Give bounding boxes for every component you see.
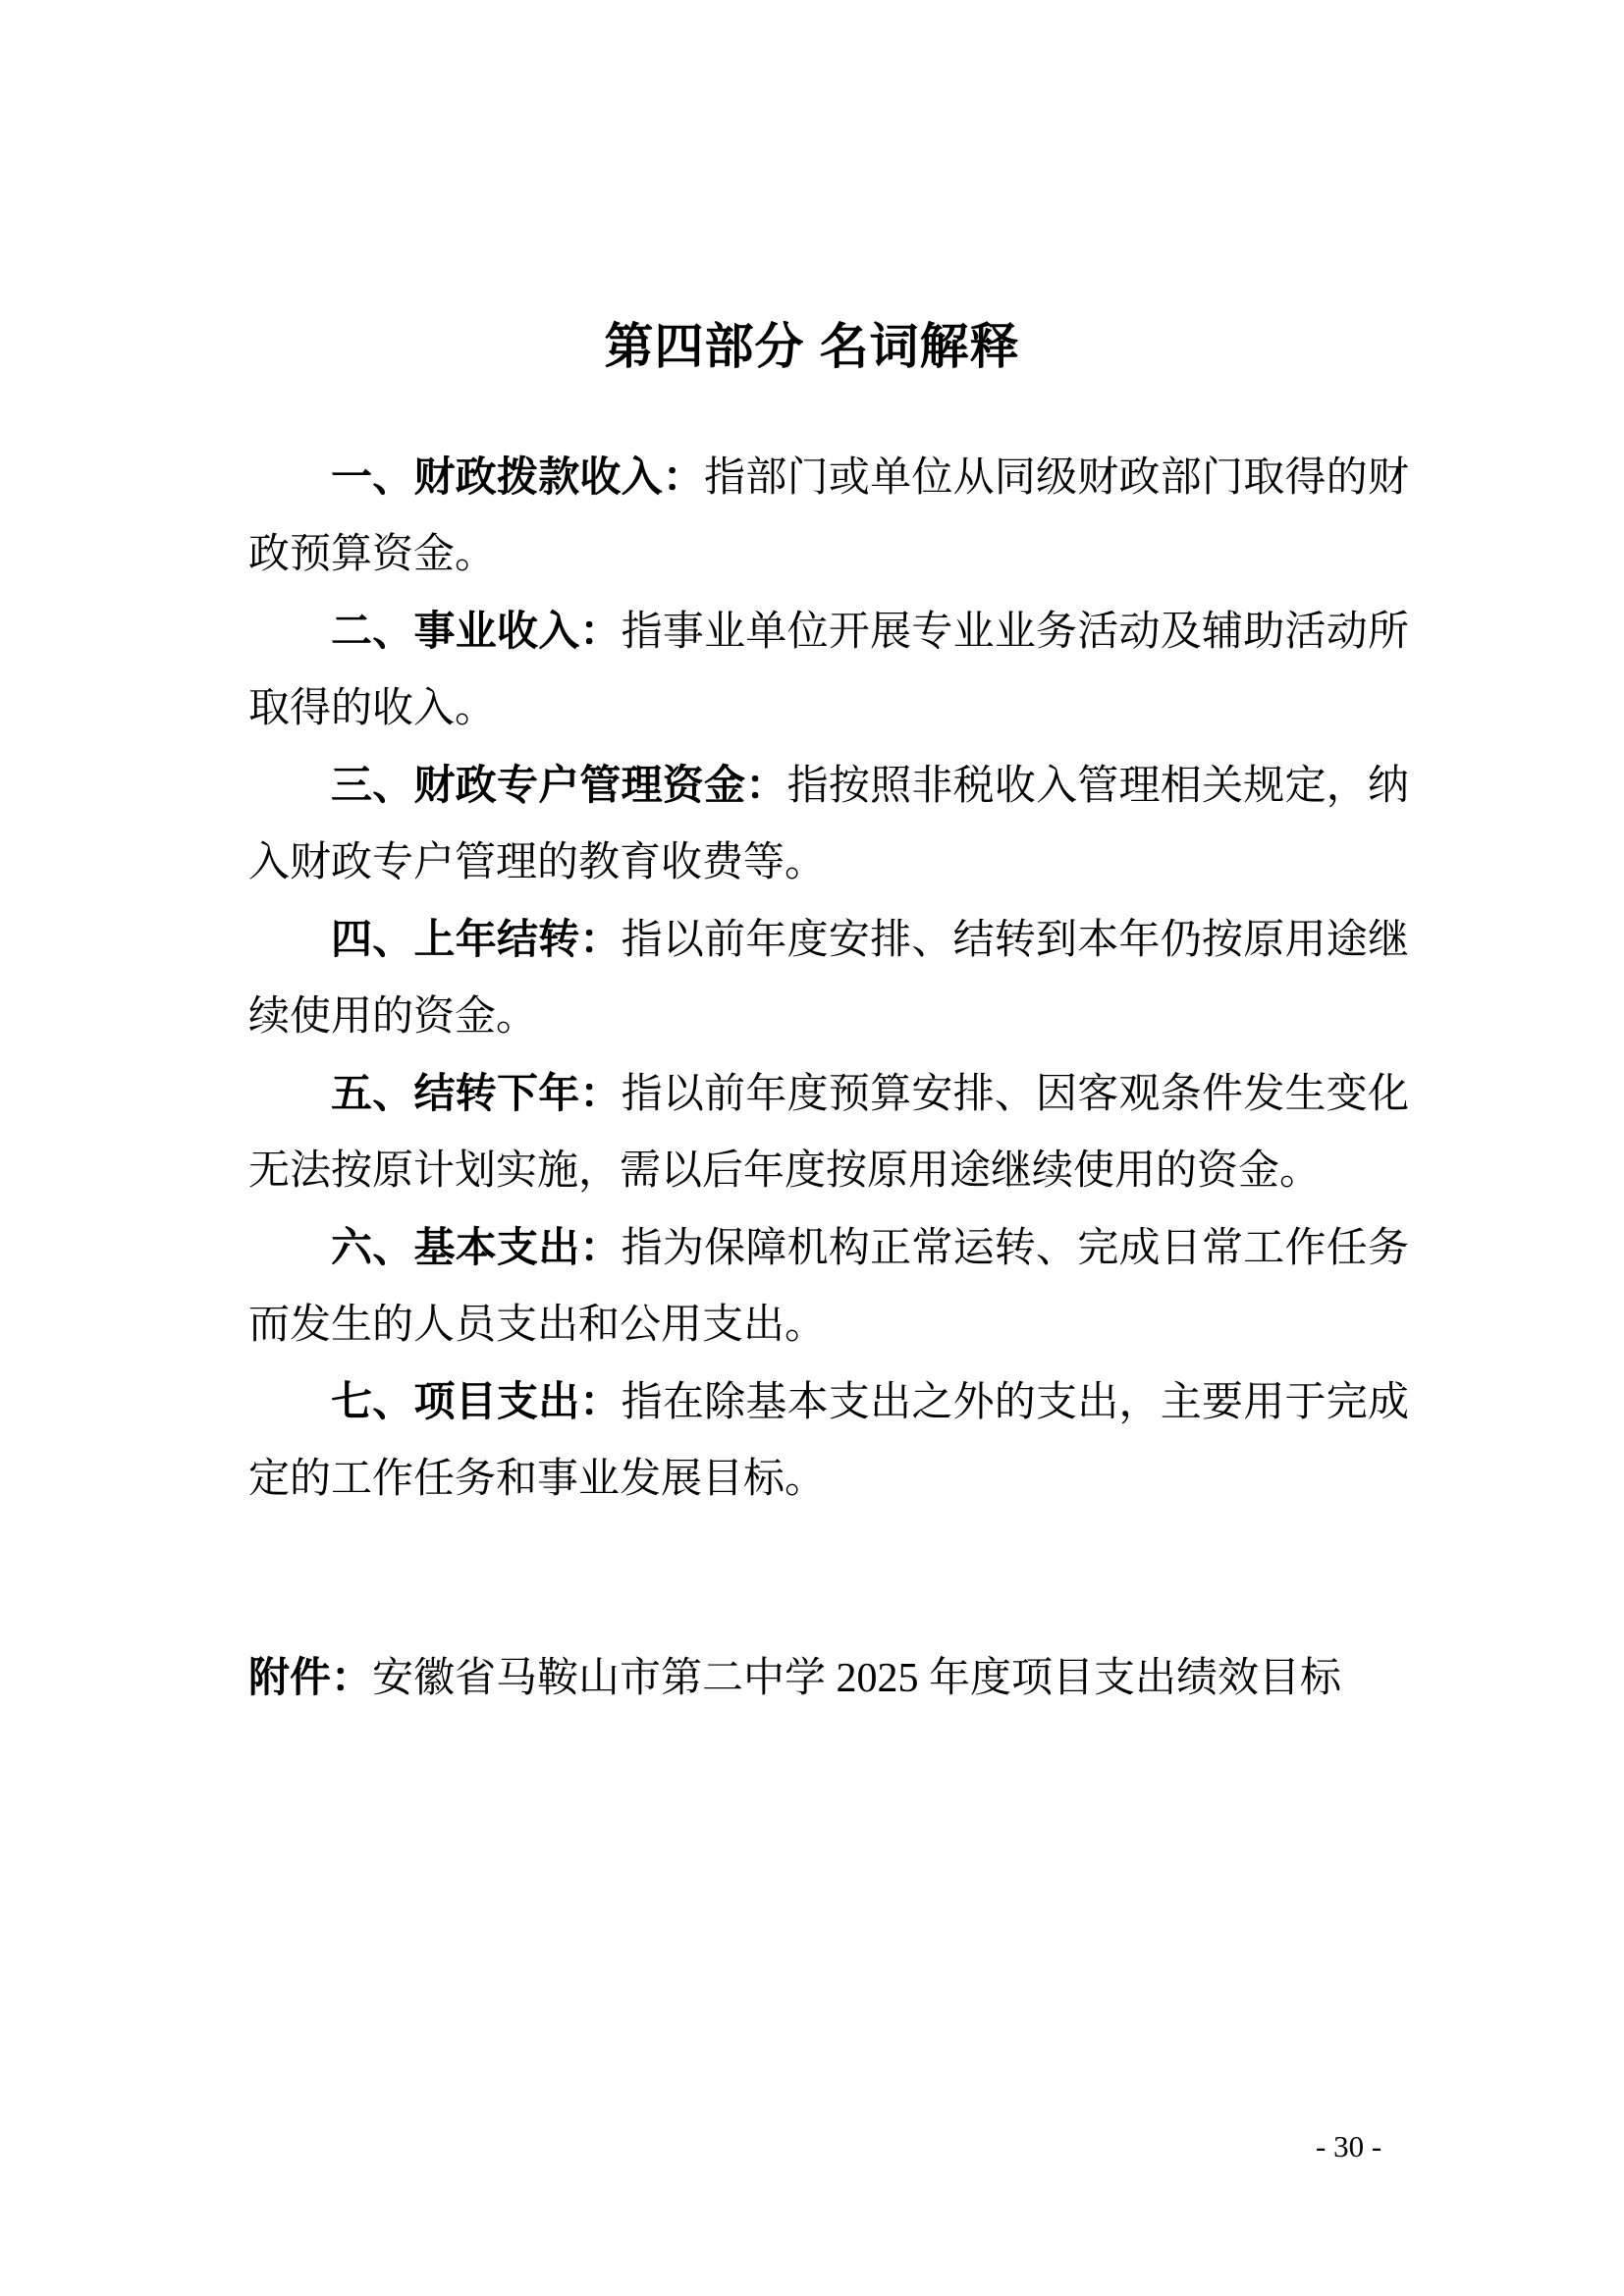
attachment-note: 附件：安徽省马鞍山市第二中学 2025 年度项目支出绩效目标 [248, 1635, 1409, 1721]
term-label: 二、事业收入： [331, 608, 622, 654]
term-label: 四、上年结转： [331, 916, 622, 962]
term-label: 七、项目支出： [331, 1378, 622, 1424]
term-label: 一、财政拨款收入： [331, 454, 704, 500]
document-page: 第四部分 名词解释 一、财政拨款收入：指部门或单位从同级财政部门取得的财政预算资… [0, 0, 1624, 2296]
attachment-label: 附件： [248, 1654, 372, 1700]
term-label: 五、结转下年： [331, 1070, 622, 1116]
glossary-paragraph: 六、基本支出：指为保障机构正常运转、完成日常工作任务而发生的人员支出和公用支出。 [248, 1209, 1409, 1363]
glossary-body: 一、财政拨款收入：指部门或单位从同级财政部门取得的财政预算资金。 二、事业收入：… [248, 439, 1409, 1518]
page-number: - 30 - [1316, 2130, 1381, 2163]
glossary-paragraph: 四、上年结转：指以前年度安排、结转到本年仍按原用途继续使用的资金。 [248, 901, 1409, 1055]
glossary-paragraph: 三、财政专户管理资金：指按照非税收入管理相关规定，纳入财政专户管理的教育收费等。 [248, 747, 1409, 901]
term-label: 六、基本支出： [331, 1224, 622, 1270]
glossary-paragraph: 一、财政拨款收入：指部门或单位从同级财政部门取得的财政预算资金。 [248, 439, 1409, 593]
term-label: 三、财政专户管理资金： [331, 762, 787, 808]
attachment-text: 安徽省马鞍山市第二中学 2025 年度项目支出绩效目标 [372, 1656, 1341, 1701]
page-title: 第四部分 名词解释 [0, 316, 1624, 377]
glossary-paragraph: 七、项目支出：指在除基本支出之外的支出，主要用于完成定的工作任务和事业发展目标。 [248, 1363, 1409, 1518]
glossary-paragraph: 五、结转下年：指以前年度预算安排、因客观条件发生变化无法按原计划实施，需以后年度… [248, 1055, 1409, 1209]
glossary-paragraph: 二、事业收入：指事业单位开展专业业务活动及辅助活动所取得的收入。 [248, 593, 1409, 747]
